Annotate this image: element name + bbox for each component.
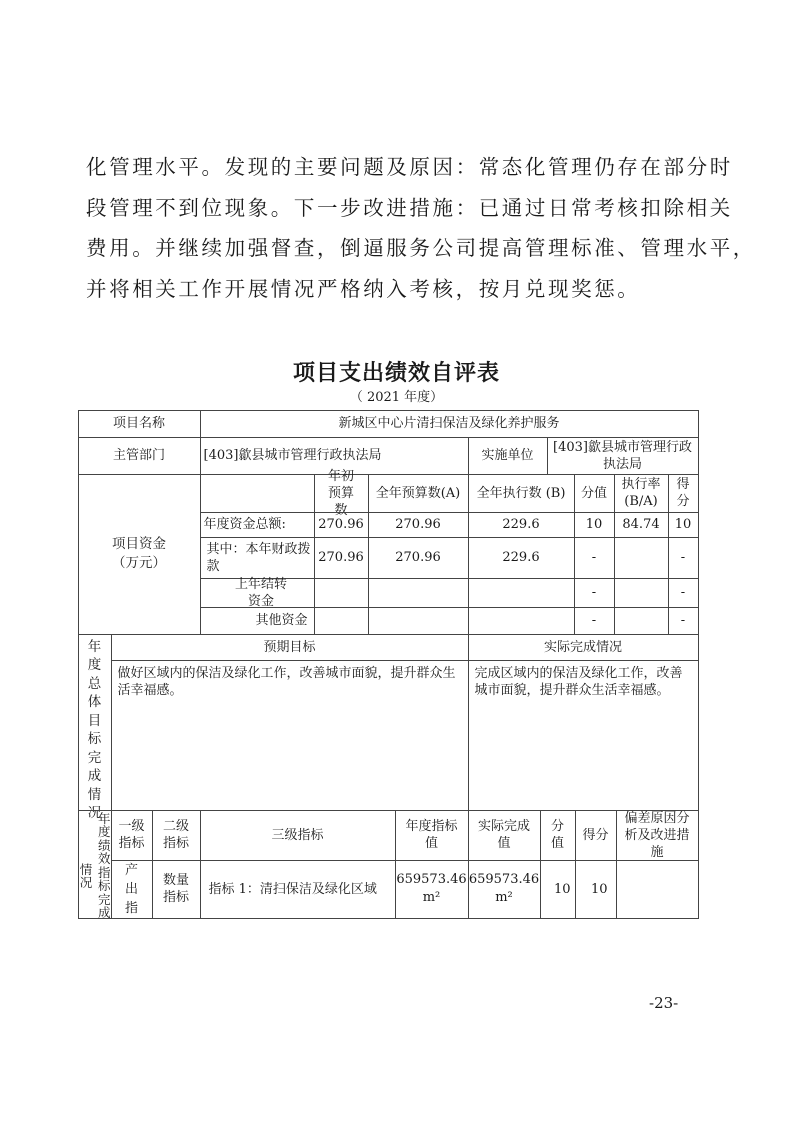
row-actual: 659573.46 m² <box>468 860 541 919</box>
dept-label: 主管部门 <box>78 437 201 475</box>
funds-row-score-value: - <box>574 607 615 635</box>
funds-row-rate: 84.74 <box>614 512 669 538</box>
funds-row-score: - <box>668 578 699 608</box>
funds-row-exec <box>468 607 575 635</box>
row-target-value: 659573.46 <box>396 871 466 889</box>
funds-row-score: 10 <box>668 512 699 538</box>
project-name-label: 项目名称 <box>78 410 201 438</box>
funds-row-score-value: - <box>574 578 615 608</box>
funds-row-label: 其他资金 <box>200 607 315 635</box>
funds-row-exec: 229.6 <box>468 512 575 538</box>
header-exec-rate: 执行率(B/A) <box>614 474 669 513</box>
performance-side-label-b: 情况 <box>79 811 94 918</box>
funds-row-annual <box>368 607 469 635</box>
funds-label: 项目资金 （万元） <box>78 474 201 635</box>
goals-side-label: 年度总体目标完成情况 <box>78 634 112 811</box>
header-level1: 一级指标 <box>111 810 153 861</box>
funds-row-rate <box>614 537 669 579</box>
row-score: 10 <box>575 860 617 919</box>
header-initial-budget: 年初预算数 <box>314 474 369 513</box>
funds-row-score: - <box>668 537 699 579</box>
header-score: 得分 <box>575 810 617 861</box>
funds-row-annual: 270.96 <box>368 537 469 579</box>
funds-row-exec: 229.6 <box>468 537 575 579</box>
header-annual-budget: 全年预算数(A) <box>368 474 469 513</box>
funds-row-initial: 270.96 <box>314 537 369 579</box>
row-target: 659573.46 m² <box>395 860 469 919</box>
funds-row-annual <box>368 578 469 608</box>
funds-label-line2: （万元） <box>112 554 166 573</box>
funds-row-initial: 270.96 <box>314 512 369 538</box>
paragraph-line: 并将相关工作开展情况严格纳入考核，按月兑现奖惩。 <box>86 269 706 310</box>
expected-goal-header: 预期目标 <box>111 634 469 661</box>
row-target-unit: m² <box>423 889 441 907</box>
row-deviation <box>616 860 699 919</box>
funds-row-rate <box>614 607 669 635</box>
table-title: 项目支出绩效自评表 <box>0 356 793 387</box>
row-actual-value: 659573.46 <box>469 871 539 889</box>
funds-row-initial <box>314 578 369 608</box>
funds-row-exec <box>468 578 575 608</box>
header-annual-exec: 全年执行数 (B) <box>468 474 575 513</box>
performance-side-label-a: 年度绩效指标完成 <box>94 811 111 918</box>
expected-goal-text: 做好区域内的保洁及绿化工作，改善城市面貌，提升群众生活幸福感。 <box>111 660 469 811</box>
header-actual: 实际完成值 <box>468 810 541 861</box>
table-subtitle: （ 2021 年度） <box>0 386 793 405</box>
project-name-value: 新城区中心片清扫保洁及绿化养护服务 <box>200 410 699 438</box>
header-score-value: 分值 <box>574 474 615 513</box>
paragraph-line: 费用。并继续加强督查，倒逼服务公司提高管理标准、管理水平， <box>86 228 706 269</box>
row-level1: 产出指 <box>111 860 153 919</box>
funds-label-line1: 项目资金 <box>112 535 166 554</box>
funds-row-label: 其中：本年财政拨款 <box>200 537 315 579</box>
funds-row-label: 上年结转资金 <box>200 578 315 608</box>
row-actual-unit: m² <box>495 889 513 907</box>
paragraph-line: 化管理水平。发现的主要问题及原因：常态化管理仍存在部分时 <box>86 147 706 188</box>
funds-row-label: 年度资金总额: <box>200 512 315 538</box>
actual-goal-header: 实际完成情况 <box>468 634 699 661</box>
funds-row-score: - <box>668 607 699 635</box>
header-target: 年度指标值 <box>395 810 469 861</box>
funds-row-annual: 270.96 <box>368 512 469 538</box>
performance-side-label: 情况 年度绩效指标完成 <box>78 810 112 919</box>
header-level2: 二级指标 <box>152 810 201 861</box>
funds-row-initial <box>314 607 369 635</box>
funds-row-rate <box>614 578 669 608</box>
header-level3: 三级指标 <box>200 810 396 861</box>
header-score: 得分 <box>668 474 699 513</box>
funds-row-score-value: 10 <box>574 512 615 538</box>
funds-header-blank <box>200 474 315 513</box>
row-score-value: 10 <box>540 860 576 919</box>
unit-value: [403]歙县城市管理行政执法局 <box>547 437 699 475</box>
actual-goal-text: 完成区域内的保洁及绿化工作，改善城市面貌，提升群众生活幸福感。 <box>468 660 699 811</box>
paragraph-line: 段管理不到位现象。下一步改进措施：已通过日常考核扣除相关 <box>86 188 706 229</box>
row-level3: 指标 1：清扫保洁及绿化区域 <box>200 860 396 919</box>
funds-row-score-value: - <box>574 537 615 579</box>
body-paragraph: 化管理水平。发现的主要问题及原因：常态化管理仍存在部分时 段管理不到位现象。下一… <box>86 147 706 309</box>
unit-label: 实施单位 <box>468 437 548 475</box>
row-level2: 数量指标 <box>152 860 201 919</box>
header-deviation: 偏差原因分析及改进措施 <box>616 810 699 861</box>
header-score-value: 分值 <box>540 810 576 861</box>
page-number: -23- <box>649 994 678 1012</box>
